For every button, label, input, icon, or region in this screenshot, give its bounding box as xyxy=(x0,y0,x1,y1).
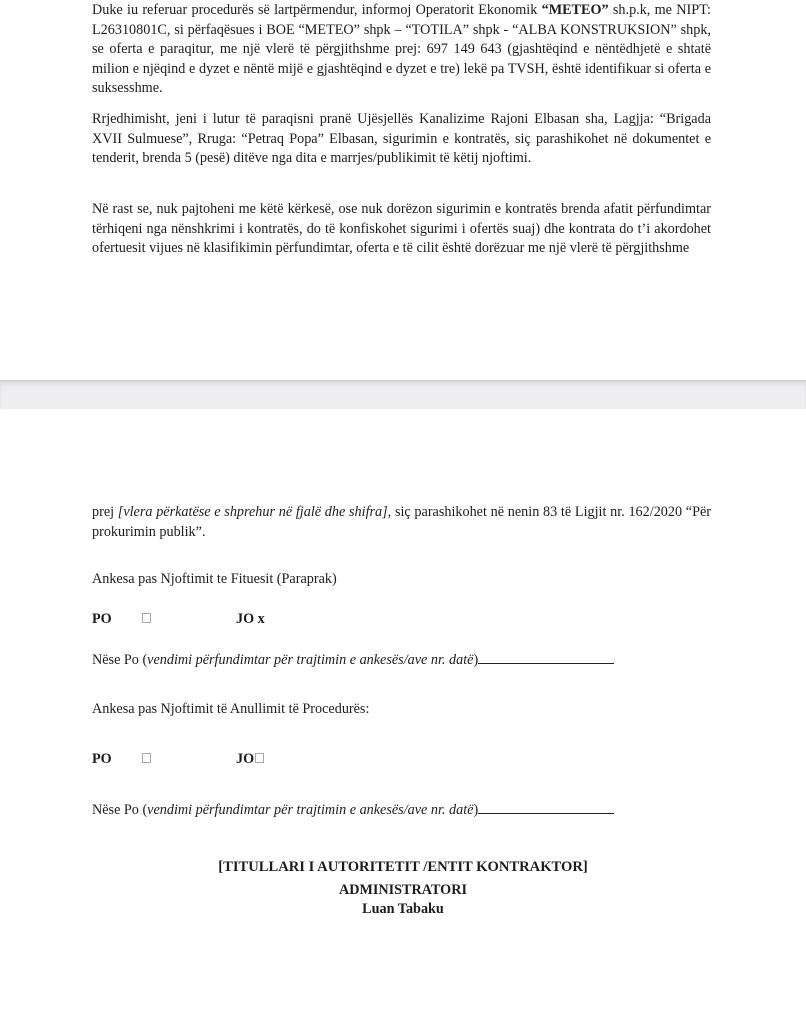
complaint-winner-po-label: PO xyxy=(92,610,112,630)
complaint-cancellation-jo-label: JO xyxy=(236,751,254,767)
complaint-winner-decision-blank[interactable] xyxy=(478,650,614,664)
document-page-1: Duke iu referuar procedurës së lartpërme… xyxy=(0,0,806,380)
document-page-2: prej [vlera përkatëse e shprehur në fjal… xyxy=(0,409,806,1024)
signature-title: [TITULLARI I AUTORITETIT /ENTIT KONTRAKT… xyxy=(0,858,806,877)
paragraph-refusal-consequences: Në rast se, nuk pajtoheni me këtë kërkes… xyxy=(92,200,711,259)
paragraph-contract-guarantee: Rrjedhimisht, jeni i lutur të paraqisni … xyxy=(92,110,711,169)
complaint-winner-heading: Ankesa pas Njoftimit te Fituesit (Parapr… xyxy=(92,570,337,590)
placeholder-value-text: [vlera përkatëse e shprehur në fjalë dhe… xyxy=(118,504,388,520)
page-separator xyxy=(0,380,806,409)
complaint-cancellation-decision-blank[interactable] xyxy=(478,800,614,814)
complaint-winner-if-yes: Nëse Po (vendimi përfundimtar për trajti… xyxy=(92,650,614,671)
label-italic-text: vendimi përfundimtar për trajtimin e ank… xyxy=(147,802,473,818)
label-text: Nëse Po ( xyxy=(92,652,147,668)
signature-role: ADMINISTRATORI xyxy=(0,881,806,900)
paragraph-text: prej xyxy=(92,504,118,520)
paragraph-text: Duke iu referuar procedurës së lartpërme… xyxy=(92,2,542,18)
complaint-cancellation-po-checkbox[interactable] xyxy=(142,750,151,770)
complaint-cancellation-if-yes: Nëse Po (vendimi përfundimtar për trajti… xyxy=(92,800,614,821)
label-text: Nëse Po ( xyxy=(92,802,147,818)
paragraph-winner-notice: Duke iu referuar procedurës së lartpërme… xyxy=(92,1,711,99)
label-italic-text: vendimi përfundimtar për trajtimin e ank… xyxy=(147,652,473,668)
paragraph-value-reference: prej [vlera përkatëse e shprehur në fjal… xyxy=(92,503,711,542)
complaint-cancellation-heading: Ankesa pas Njoftimit të Anullimit të Pro… xyxy=(92,700,369,720)
complaint-cancellation-po-label: PO xyxy=(92,750,112,770)
checkbox-empty-icon xyxy=(255,753,264,763)
complaint-cancellation-jo[interactable]: JO xyxy=(236,750,264,770)
checkbox-empty-icon xyxy=(142,753,151,763)
operator-name: “METEO” xyxy=(542,2,609,18)
checkbox-empty-icon xyxy=(142,613,151,623)
complaint-winner-jo-label: JO x xyxy=(236,610,265,630)
complaint-winner-po-checkbox[interactable] xyxy=(142,610,151,630)
signature-name: Luan Tabaku xyxy=(0,900,806,919)
